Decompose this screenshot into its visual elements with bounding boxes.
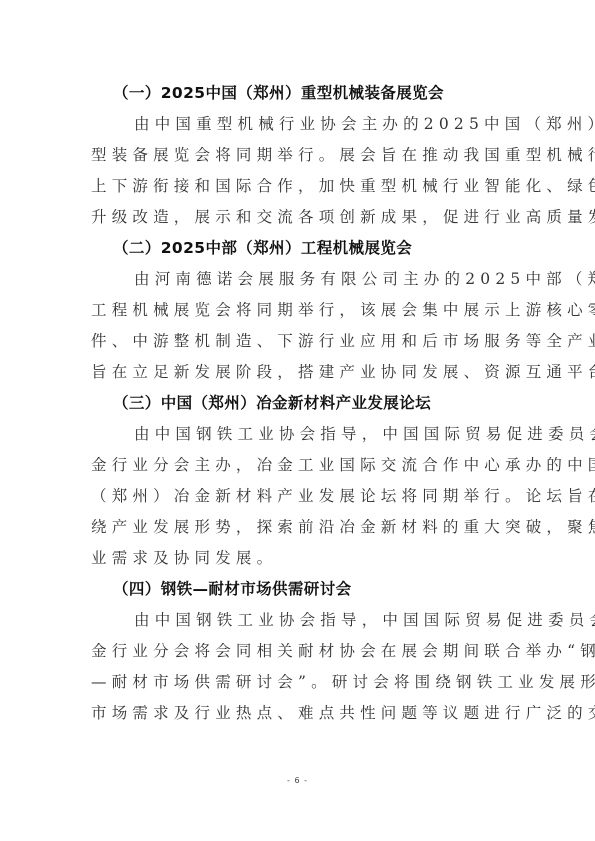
paragraph-line: 绕产业发展形势，探索前沿冶金新材料的重大突破，聚焦产: [91, 512, 505, 543]
paragraph-line: 由河南德诺会展服务有限公司主办的2025中部（郑州）: [91, 264, 505, 295]
document-page: （一）2025中国（郑州）重型机械装备展览会 由中国重型机械行业协会主办的202…: [91, 78, 505, 729]
section-heading-1: （一）2025中国（郑州）重型机械装备展览会: [91, 78, 505, 109]
paragraph-line: 上下游衔接和国际合作，加快重型机械行业智能化、绿色化: [91, 171, 505, 202]
paragraph-line: 由中国钢铁工业协会指导，中国国际贸易促进委员会冶: [91, 419, 505, 450]
paragraph-line: 升级改造，展示和交流各项创新成果，促进行业高质量发展。: [91, 202, 505, 233]
paragraph-line: 业需求及协同发展。: [91, 543, 505, 574]
section-body-3: 由中国钢铁工业协会指导，中国国际贸易促进委员会冶 金行业分会主办，冶金工业国际交…: [91, 419, 505, 574]
paragraph-line: 金行业分会将会同相关耐材协会在展会期间联合举办“钢铁: [91, 636, 505, 667]
section-heading-3: （三）中国（郑州）冶金新材料产业发展论坛: [91, 388, 505, 419]
paragraph-line: （郑州）冶金新材料产业发展论坛将同期举行。论坛旨在围: [91, 481, 505, 512]
section-heading-2: （二）2025中部（郑州）工程机械展览会: [91, 233, 505, 264]
page-number: - 6 -: [0, 776, 595, 785]
section-body-1: 由中国重型机械行业协会主办的2025中国（郑州）重 型装备展览会将同期举行。展会…: [91, 109, 505, 233]
paragraph-line: 市场需求及行业热点、难点共性问题等议题进行广泛的交流: [91, 698, 505, 729]
section-body-4: 由中国钢铁工业协会指导，中国国际贸易促进委员会冶 金行业分会将会同相关耐材协会在…: [91, 605, 505, 729]
paragraph-line: 金行业分会主办，冶金工业国际交流合作中心承办的中国: [91, 450, 505, 481]
paragraph-line: 件、中游整机制造、下游行业应用和后市场服务等全产业链，: [91, 326, 505, 357]
paragraph-line: 由中国钢铁工业协会指导，中国国际贸易促进委员会冶: [91, 605, 505, 636]
paragraph-line: 旨在立足新发展阶段，搭建产业协同发展、资源互通平台。: [91, 357, 505, 388]
section-heading-4: （四）钢铁—耐材市场供需研讨会: [91, 574, 505, 605]
section-body-2: 由河南德诺会展服务有限公司主办的2025中部（郑州） 工程机械展览会将同期举行，…: [91, 264, 505, 388]
paragraph-line: 由中国重型机械行业协会主办的2025中国（郑州）重: [91, 109, 505, 140]
paragraph-line: 型装备展览会将同期举行。展会旨在推动我国重型机械行业: [91, 140, 505, 171]
paragraph-line: 工程机械展览会将同期举行，该展会集中展示上游核心零部: [91, 295, 505, 326]
paragraph-line: —耐材市场供需研讨会”。研讨会将围绕钢铁工业发展形势、: [91, 667, 505, 698]
